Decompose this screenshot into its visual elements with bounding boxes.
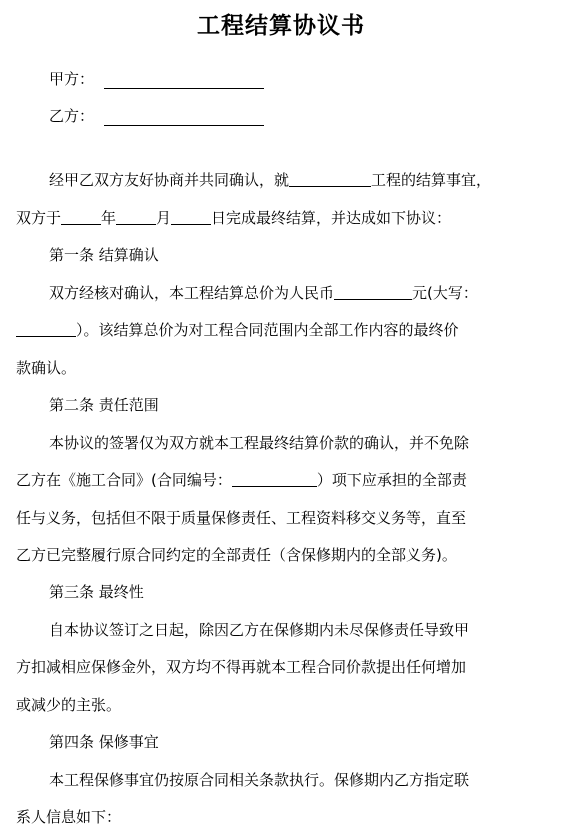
- article-2-heading: 第二条 责任范围: [49, 394, 159, 416]
- year-label: 年: [101, 209, 116, 227]
- article-1-heading: 第一条 结算确认: [49, 244, 159, 266]
- article-text: ）。该结算总价为对工程合同范围内全部工作内容的最终价: [76, 321, 459, 339]
- contract-number-blank[interactable]: [232, 470, 317, 487]
- party-a-blank[interactable]: [104, 71, 264, 89]
- article-2-line-2: 乙方在《施工合同》(合同编号：）项下应承担的全部责: [16, 469, 467, 491]
- preamble-line-1: 经甲乙双方友好协商并共同确认，就工程的结算事宜，: [49, 169, 491, 191]
- article-1-line-1: 双方经核对确认，本工程结算总价为人民币元(大写：: [49, 282, 478, 304]
- preamble-text: 日完成最终结算，并达成如下协议：: [211, 209, 451, 227]
- article-3-line-1: 自本协议签订之日起，除因乙方在保修期内未尽保修责任导致甲: [49, 619, 469, 641]
- party-b-row: 乙方：: [49, 104, 264, 126]
- article-1-line-3: 款确认。: [16, 357, 76, 379]
- article-text: 乙方在《施工合同》(合同编号：: [16, 471, 232, 489]
- article-4-heading: 第四条 保修事宜: [49, 731, 159, 753]
- document-title: 工程结算协议书: [0, 10, 562, 42]
- project-name-blank[interactable]: [289, 170, 371, 187]
- article-1-line-2: ）。该结算总价为对工程合同范围内全部工作内容的最终价: [16, 319, 459, 341]
- preamble-text: 工程的结算事宜，: [371, 171, 491, 189]
- article-3-line-3: 或减少的主张。: [16, 694, 121, 716]
- day-blank[interactable]: [171, 208, 211, 225]
- article-text: 元(大写：: [412, 284, 478, 302]
- party-b-label: 乙方：: [49, 106, 94, 126]
- article-2-line-1: 本协议的签署仅为双方就本工程最终结算价款的确认，并不免除: [49, 432, 469, 454]
- article-4-line-2: 系人信息如下：: [16, 806, 121, 827]
- article-4-line-1: 本工程保修事宜仍按原合同相关条款执行。保修期内乙方指定联: [49, 769, 469, 791]
- month-blank[interactable]: [116, 208, 156, 225]
- article-text: 双方经核对确认，本工程结算总价为人民币: [49, 284, 334, 302]
- article-2-line-3: 任与义务，包括但不限于质量保修责任、工程资料移交义务等，直至: [16, 507, 466, 529]
- party-a-row: 甲方：: [49, 67, 264, 89]
- amount-in-words-blank[interactable]: [16, 320, 76, 337]
- article-3-heading: 第三条 最终性: [49, 581, 144, 603]
- preamble-line-2: 双方于年月日完成最终结算，并达成如下协议：: [16, 207, 451, 229]
- preamble-text: 双方于: [16, 209, 61, 227]
- party-a-label: 甲方：: [49, 69, 94, 89]
- party-b-blank[interactable]: [104, 108, 264, 126]
- amount-blank[interactable]: [334, 283, 412, 300]
- year-blank[interactable]: [61, 208, 101, 225]
- preamble-text: 经甲乙双方友好协商并共同确认，就: [49, 171, 289, 189]
- agreement-document: 工程结算协议书 甲方： 乙方： 经甲乙双方友好协商并共同确认，就工程的结算事宜，…: [0, 0, 562, 827]
- article-2-line-4: 乙方已完整履行原合同约定的全部责任（含保修期内的全部义务)。: [16, 544, 457, 566]
- article-text: ）项下应承担的全部责: [317, 471, 467, 489]
- article-3-line-2: 方扣减相应保修金外，双方均不得再就本工程合同价款提出任何增加: [16, 656, 466, 678]
- month-label: 月: [156, 209, 171, 227]
